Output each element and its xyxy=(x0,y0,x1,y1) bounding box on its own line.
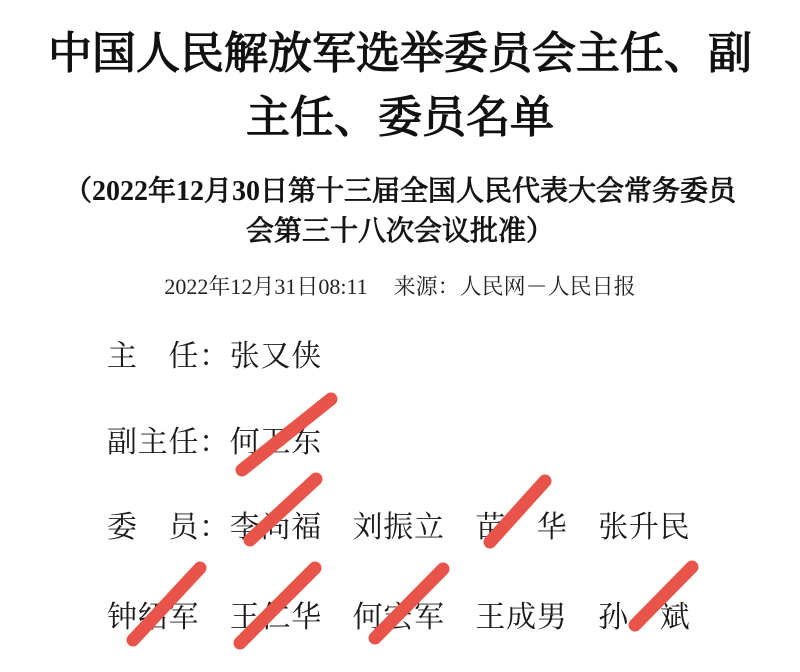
roster-row-members-line2: 钟绍军 王仁华 何宏军 王成男 孙 斌 xyxy=(107,600,690,636)
article-title: 中国人民解放军选举委员会主任、副 主任、委员名单 xyxy=(0,22,800,150)
article-page: 中国人民解放军选举委员会主任、副 主任、委员名单 （2022年12月30日第十三… xyxy=(0,0,800,672)
roster-row-members-line1: 委 员：李尚福 刘振立 苗 华 张升民 xyxy=(107,510,690,546)
article-title-line2: 主任、委员名单 xyxy=(0,86,800,150)
meta-line: 2022年12月31日08:11来源：人民网－人民日报 xyxy=(0,272,800,302)
source-label: 来源：人民网－人民日报 xyxy=(394,274,636,299)
approval-note-line2: 会第三十八次会议批准） xyxy=(0,212,800,252)
approval-note: （2022年12月30日第十三届全国人民代表大会常务委员 会第三十八次会议批准） xyxy=(0,172,800,252)
publish-datetime: 2022年12月31日08:11 xyxy=(164,274,367,299)
article-title-line1: 中国人民解放军选举委员会主任、副 xyxy=(0,22,800,86)
roster-row-vice-chairman: 副主任：何卫东 xyxy=(107,425,322,461)
approval-note-line1: （2022年12月30日第十三届全国人民代表大会常务委员 xyxy=(0,172,800,212)
roster-row-chairman: 主 任：张又侠 xyxy=(107,339,322,375)
